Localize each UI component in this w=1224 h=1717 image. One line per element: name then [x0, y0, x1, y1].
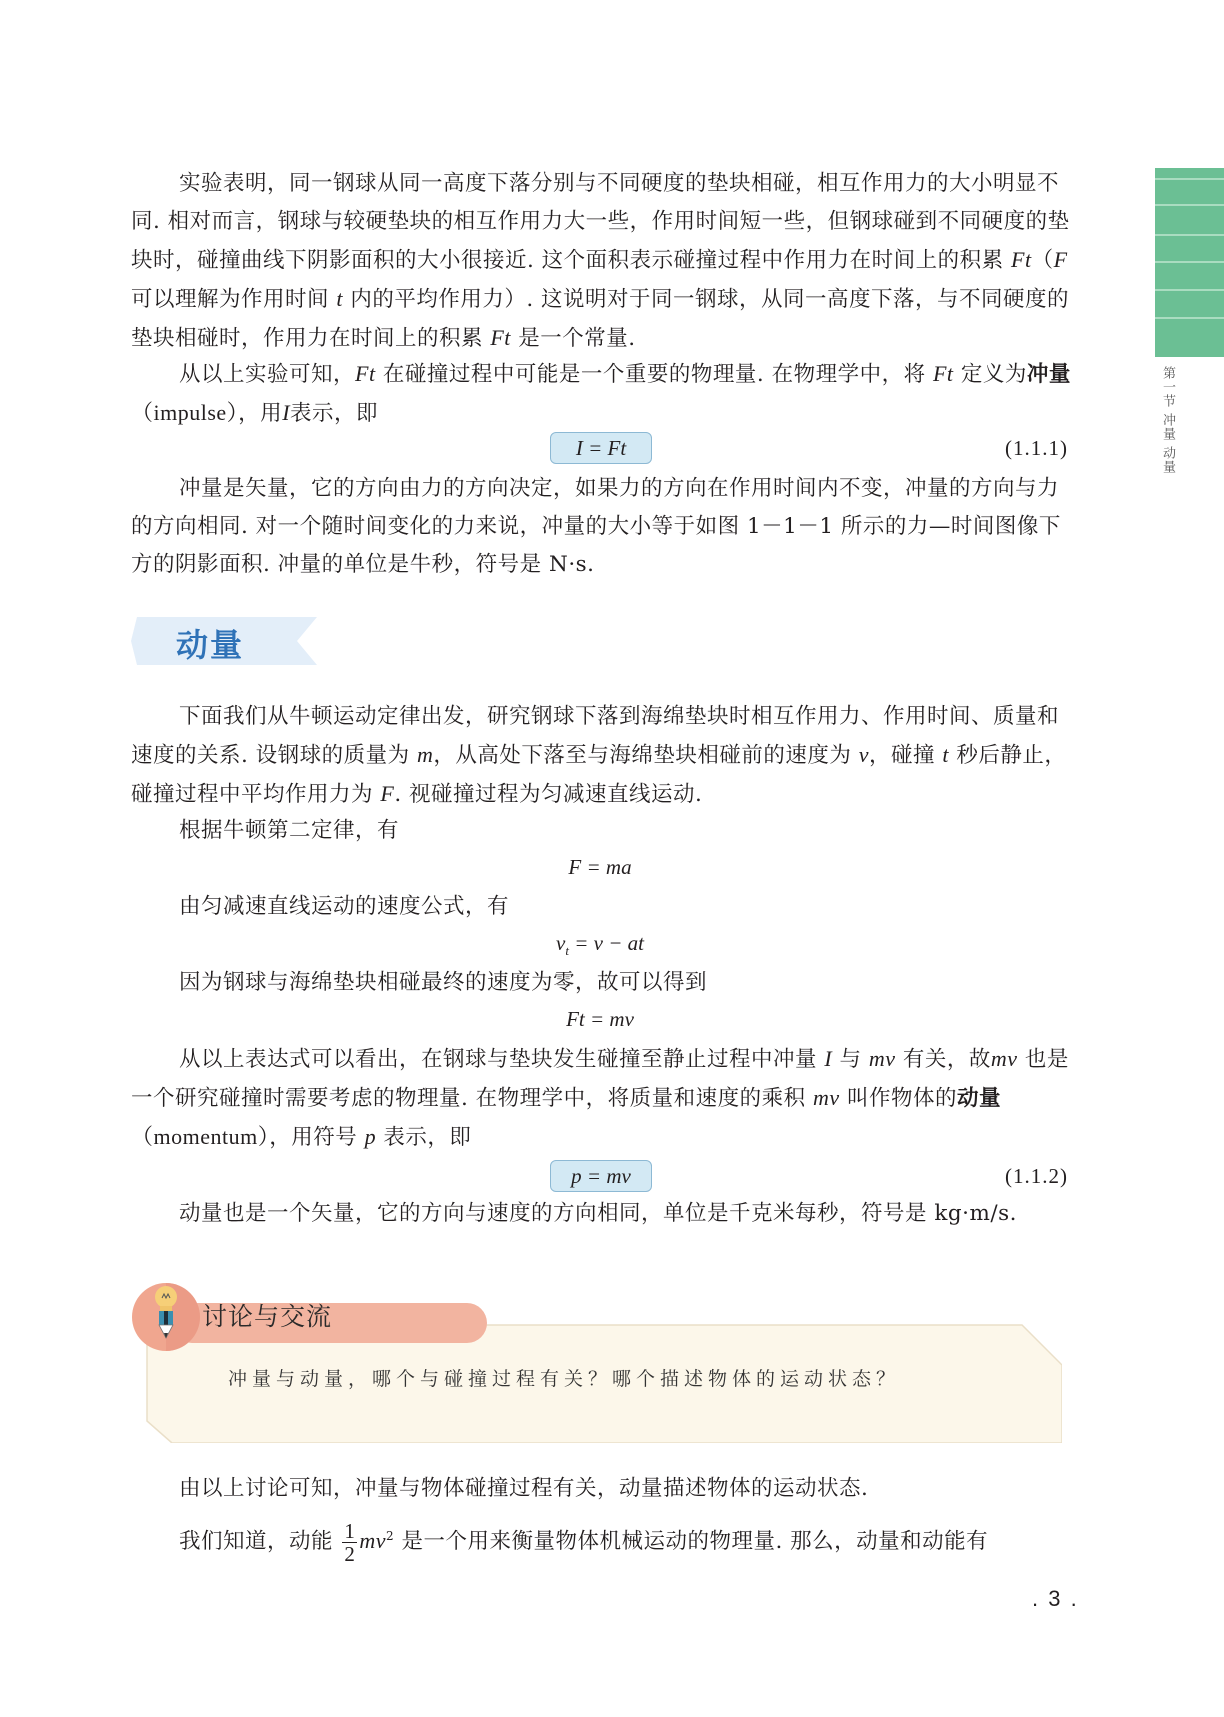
fraction-one-half: 12	[342, 1520, 357, 1565]
section-title: 动量	[176, 620, 244, 666]
equation-ft-mv: Ft = mv	[500, 1007, 700, 1032]
paragraph-final-velocity: 因为钢球与海绵垫块相碰最终的速度为零，故可以得到	[131, 964, 1071, 1002]
paragraph-impulse-def: 从以上实验可知，Ft 在碰撞过程中可能是一个重要的物理量. 在物理学中，将 Ft…	[131, 355, 1071, 433]
paragraph-kinetic-energy: 我们知道，动能 12mv2 是一个用来衡量物体机械运动的物理量. 那么，动量和动…	[131, 1517, 1071, 1565]
section-side-label: 第一节 冲量 动量	[1155, 366, 1179, 474]
paragraph-newton-second-law: 根据牛顿第二定律，有	[131, 812, 1071, 850]
equation-number: (1.1.2)	[1005, 1164, 1068, 1189]
equation-momentum-box: p = mv	[550, 1160, 652, 1192]
equation-newton: F = ma	[500, 855, 700, 880]
term-impulse: 冲量	[1027, 362, 1071, 387]
discussion-question: 冲量与动量，哪个与碰撞过程有关？哪个描述物体的运动状态？	[228, 1364, 900, 1391]
chapter-side-tab	[1155, 168, 1224, 357]
paragraph-impulse-vector: 冲量是矢量，它的方向由力的方向决定，如果力的方向在作用时间内不变，冲量的方向与力…	[131, 470, 1071, 584]
paragraph-velocity-formula: 由匀减速直线运动的速度公式，有	[131, 888, 1071, 926]
paragraph-experiment: 实验表明，同一钢球从同一高度下落分别与不同硬度的垫块相碰，相互作用力的大小明显不…	[131, 165, 1071, 358]
paragraph-conclusion: 由以上讨论可知，冲量与物体碰撞过程有关，动量描述物体的运动状态.	[131, 1470, 1071, 1508]
term-momentum: 动量	[957, 1086, 1001, 1111]
paragraph-newton-derivation: 下面我们从牛顿运动定律出发，研究钢球下落到海绵垫块时相互作用力、作用时间、质量和…	[131, 698, 1071, 814]
page-number: . 3 .	[1032, 1586, 1079, 1612]
section-heading-momentum: 动量	[131, 617, 317, 665]
discussion-title: 讨论与交流	[202, 1297, 332, 1333]
equation-impulse-box: I = Ft	[550, 432, 652, 464]
equation-number: (1.1.1)	[1005, 436, 1068, 461]
lightbulb-pencil-icon	[150, 1284, 186, 1344]
paragraph-momentum-def: 从以上表达式可以看出，在钢球与垫块发生碰撞至静止过程中冲量 I 与 mv 有关，…	[131, 1040, 1071, 1157]
paragraph-momentum-vector: 动量也是一个矢量，它的方向与速度的方向相同，单位是千克米每秒，符号是 kg·m/…	[131, 1195, 1071, 1233]
equation-velocity: vt = v − at	[500, 931, 700, 959]
